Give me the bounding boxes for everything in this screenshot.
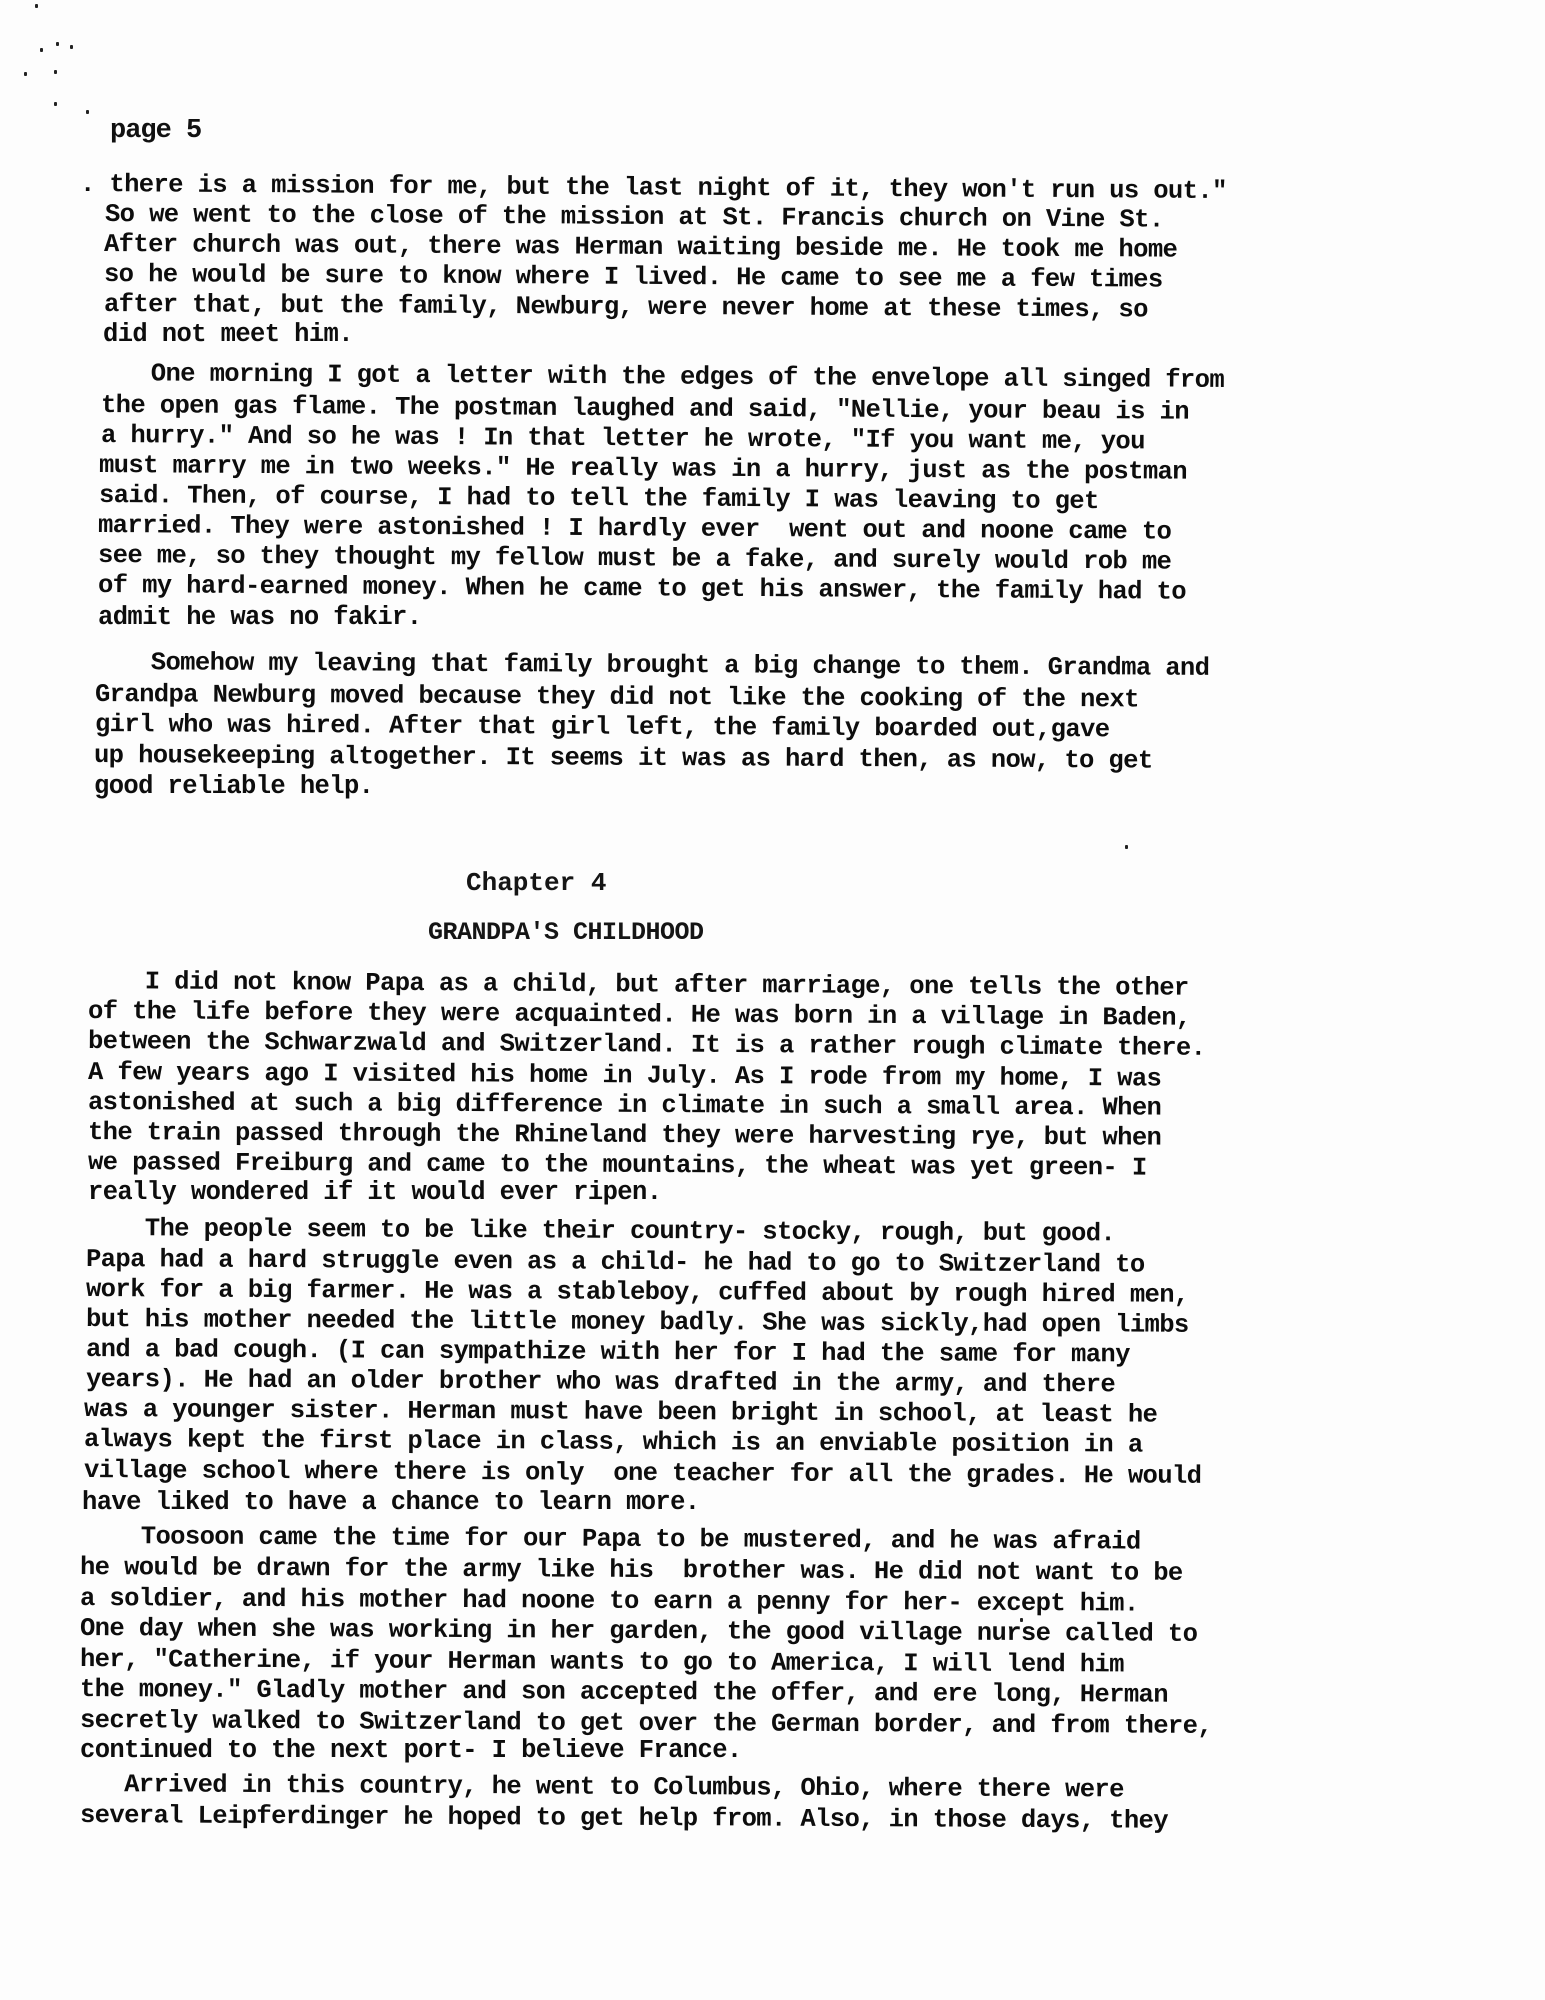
text-line: Somehow my leaving that family brought a… bbox=[92, 648, 1210, 683]
scan-speck bbox=[86, 110, 89, 114]
scan-speck bbox=[35, 4, 38, 8]
text-line: continued to the next port- I believe Fr… bbox=[80, 1736, 742, 1765]
text-line: up housekeeping altogether. It seems it … bbox=[94, 741, 1153, 776]
text-line: years). He had an older brother who was … bbox=[86, 1365, 1115, 1399]
text-line: said. Then, of course, I had to tell the… bbox=[99, 481, 1099, 516]
text-line: of my hard-earned money. When he came to… bbox=[98, 571, 1186, 607]
text-line: One day when she was working in her gard… bbox=[80, 1614, 1198, 1649]
text-line: but his mother needed the little money b… bbox=[86, 1305, 1189, 1340]
text-line: After church was out, there was Herman w… bbox=[104, 230, 1177, 265]
text-line: have liked to have a chance to learn mor… bbox=[82, 1488, 700, 1517]
text-line: village school where there is only one t… bbox=[84, 1456, 1202, 1491]
text-line: so he would be sure to know where I live… bbox=[104, 260, 1163, 295]
scan-speck bbox=[1125, 845, 1128, 849]
text-line: was a younger sister. Herman must have b… bbox=[84, 1395, 1157, 1430]
text-line: always kept the first place in class, wh… bbox=[84, 1425, 1143, 1460]
text-line: One morning I got a letter with the edge… bbox=[92, 359, 1224, 395]
scan-speck bbox=[70, 45, 73, 49]
text-line: the train passed through the Rhineland t… bbox=[88, 1118, 1161, 1153]
chapter-subtitle: GRANDPA'S CHILDHOOD bbox=[428, 918, 704, 947]
text-line: several Leipferdinger he hoped to get he… bbox=[80, 1801, 1168, 1836]
scan-speck bbox=[56, 42, 59, 46]
text-line: between the Schwarzwald and Switzerland.… bbox=[88, 1027, 1206, 1063]
text-line: astonished at such a big difference in c… bbox=[88, 1088, 1161, 1123]
scan-speck bbox=[40, 48, 43, 52]
text-line: and a bad cough. (I can sympathize with … bbox=[86, 1335, 1130, 1369]
text-line: girl who was hired. After that girl left… bbox=[95, 710, 1110, 744]
text-line: So we went to the close of the mission a… bbox=[105, 200, 1164, 235]
text-line: the money." Gladly mother and son accept… bbox=[80, 1675, 1168, 1710]
text-line: work for a big farmer. He was a stablebo… bbox=[86, 1275, 1189, 1310]
text-line: her, "Catherine, if your Herman wants to… bbox=[80, 1645, 1124, 1679]
text-line: Grandpa Newburg moved because they did n… bbox=[95, 680, 1139, 714]
text-line: Arrived in this country, he went to Colu… bbox=[80, 1770, 1124, 1804]
scan-speck bbox=[54, 70, 57, 74]
text-line: Toosoon came the time for our Papa to be… bbox=[82, 1522, 1141, 1557]
scanned-document-page: page 5 . there is a mission for me, but … bbox=[0, 0, 1545, 2000]
text-line: really wondered if it would ever ripen. bbox=[88, 1178, 661, 1207]
page-number: page 5 bbox=[110, 116, 201, 146]
text-line: Papa had a hard struggle even as a child… bbox=[86, 1245, 1145, 1280]
text-line: did not meet him. bbox=[103, 320, 353, 349]
text-line: a soldier, and his mother had noone to e… bbox=[80, 1584, 1139, 1619]
text-line: good reliable help. bbox=[94, 772, 373, 801]
chapter-title: Chapter 4 bbox=[466, 868, 606, 898]
scan-speck bbox=[24, 72, 27, 76]
text-line: he would be drawn for the army like his … bbox=[80, 1553, 1183, 1588]
text-line: The people seem to be like their country… bbox=[86, 1214, 1115, 1248]
text-line: admit he was no fakir. bbox=[98, 603, 421, 632]
scan-speck bbox=[54, 102, 57, 106]
